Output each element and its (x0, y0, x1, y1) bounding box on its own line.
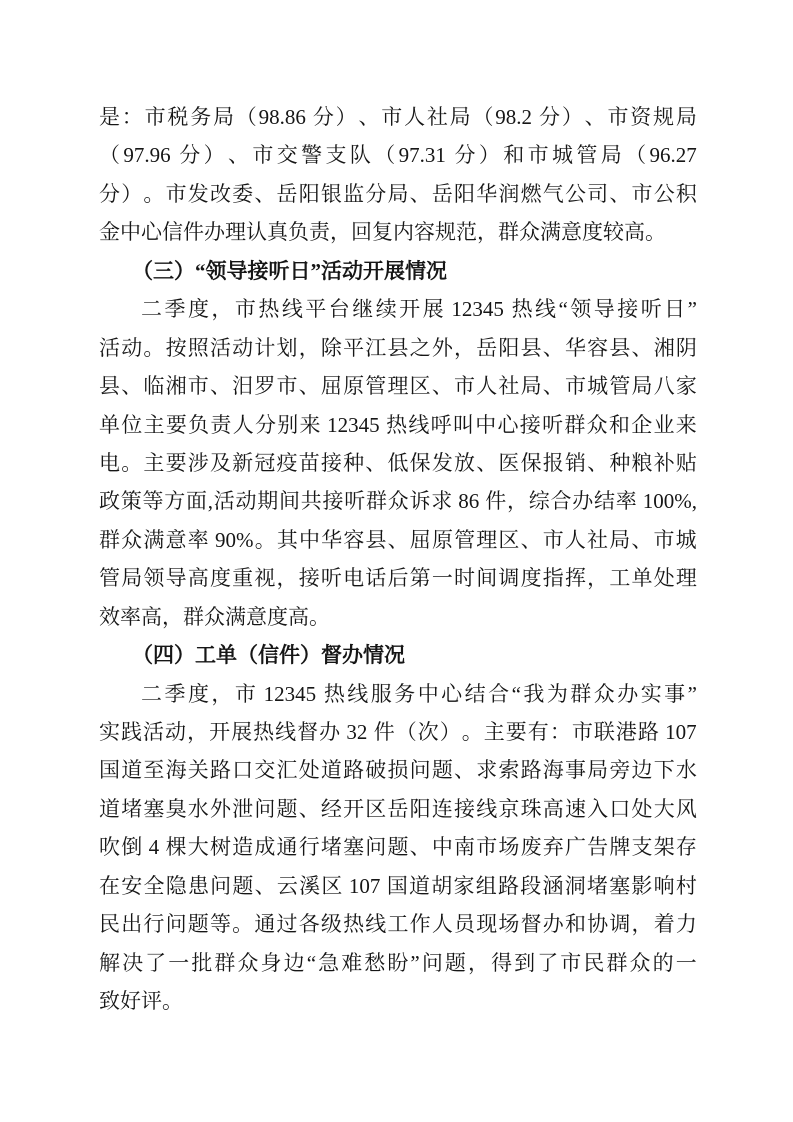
text-token: 责 (210, 406, 231, 444)
text-token: 棵 (166, 828, 187, 866)
text-token: 情 (405, 252, 426, 290)
text-token: 市 (607, 98, 628, 136)
text-token: 、 (299, 367, 320, 405)
text-token: 日 (290, 252, 311, 290)
text-token: 存 (676, 828, 697, 866)
text-token: 况 (426, 252, 447, 290)
text-token: 协 (587, 905, 608, 943)
text-token: 现 (476, 905, 497, 943)
text-token: 度 (521, 559, 542, 597)
text-token: 民 (583, 944, 604, 982)
text-token: 。 (121, 444, 142, 482)
text-token: 开 (209, 713, 230, 751)
text-token: 出 (121, 905, 142, 943)
text-token: 港 (616, 713, 637, 751)
text-token: 要 (506, 713, 527, 751)
text-token: 其 (277, 521, 298, 559)
text-token: 件 (183, 213, 204, 251)
text-token: 实 (641, 675, 662, 713)
text-token: 级 (321, 905, 342, 943)
text-token: 划 (277, 329, 298, 367)
text-token: 市 (166, 175, 187, 213)
text-token: 线 (282, 290, 303, 328)
text-token: 动 (121, 329, 142, 367)
text-token: 分 (179, 136, 200, 174)
text-token: （ (132, 636, 153, 674)
text-token: 树 (210, 828, 231, 866)
text-token: 积 (676, 175, 697, 213)
text-token: 策 (121, 482, 142, 520)
text-token: 公 (565, 175, 586, 213)
text-token: 要 (166, 406, 187, 444)
text-token: ， (162, 598, 183, 636)
text-token: 。 (462, 713, 483, 751)
text-token: 动 (236, 482, 257, 520)
text-token: 众 (388, 482, 409, 520)
text-token: 堵 (587, 867, 608, 905)
text-line: 分）。市发改委、岳阳银监分局、岳阳华润燃气公司、市公积 (99, 175, 697, 213)
text-token: 热 (253, 713, 274, 751)
text-token: 作 (410, 905, 431, 943)
text-line: 吹倒 4 棵大树造成通行堵塞问题、中南市场废弃广告牌支架存 (99, 828, 697, 866)
text-token: 影 (631, 867, 652, 905)
text-token: 破 (365, 751, 386, 789)
text-token: 岳 (387, 790, 408, 828)
text-line: 实践活动，开展热线督办 32 件（次）。主要有：市联港路 107 (99, 713, 697, 751)
text-token: 第 (410, 559, 431, 597)
text-token: 、 (543, 329, 564, 367)
text-token: 分 (539, 98, 560, 136)
text-token: ） (204, 136, 225, 174)
text-token: 调 (609, 905, 630, 943)
text-token: 边 (632, 751, 653, 789)
text-token: 湘 (654, 329, 675, 367)
text-token: 市 (235, 290, 256, 328)
text-token: 挥 (565, 559, 586, 597)
text-token: 群 (498, 213, 519, 251)
text-token: 负 (188, 406, 209, 444)
text-token: 共 (301, 482, 322, 520)
text-token: 身 (261, 944, 282, 982)
text-token: 调 (498, 559, 519, 597)
text-token: 中 (299, 521, 320, 559)
text-token: 市 (543, 521, 564, 559)
text-token: 阳 (410, 790, 431, 828)
text-token: 管 (365, 367, 386, 405)
text-token: 道 (409, 867, 430, 905)
text-token: 、 (631, 521, 652, 559)
text-token: 边 (284, 944, 305, 982)
text-token: 低 (387, 444, 408, 482)
text-token: 题 (277, 790, 298, 828)
text-token: 题 (445, 944, 466, 982)
text-token: 领 (143, 559, 164, 597)
text-token: 区 (321, 867, 342, 905)
text-token: 着 (654, 905, 675, 943)
text-token: 问 (410, 751, 431, 789)
text-token: 件 (279, 636, 300, 674)
text-token: 、 (632, 329, 653, 367)
text-line: 金中心信件办理认真负责，回复内容规范，群众满意度较高。 (99, 213, 697, 251)
text-token: （ (99, 136, 120, 174)
text-token: 开 (363, 252, 384, 290)
text-token: 国 (387, 867, 408, 905)
text-token: 城 (552, 136, 573, 174)
text-token: 听 (269, 252, 290, 290)
text-token: 到 (514, 944, 535, 982)
text-token: 臭 (166, 790, 187, 828)
text-token: 活 (99, 329, 120, 367)
text-token: 照 (188, 329, 209, 367)
text-token: 社 (498, 367, 519, 405)
text-line: 管局领导高度重视，接听电话后第一时间调度指挥，工单处理 (99, 559, 697, 597)
text-token: 、 (410, 828, 431, 866)
text-token: 日 (664, 290, 685, 328)
text-line: 电。主要涉及新冠疫苗接种、低保发放、医保报销、种粮补贴 (99, 444, 697, 482)
section-heading: （四）工单（信件）督办情况 (99, 636, 697, 674)
text-token: ） (300, 636, 321, 674)
text-token: 路 (343, 751, 364, 789)
text-token: 隐 (166, 867, 187, 905)
text-token: 管 (99, 559, 120, 597)
text-token: 珠 (521, 790, 542, 828)
text-token: 塞 (343, 828, 364, 866)
text-token: 民 (99, 905, 120, 943)
text-token: 冠 (254, 444, 275, 482)
text-token: 督 (321, 636, 342, 674)
text-token: 市 (235, 675, 256, 713)
text-token: 台 (329, 290, 350, 328)
text-token: 愁 (364, 944, 385, 982)
text-token: 等 (143, 482, 164, 520)
heading-line: （四）工单（信件）督办情况 (99, 636, 697, 674)
text-token: 活 (214, 482, 235, 520)
text-token: 下 (654, 751, 675, 789)
text-token: 粮 (632, 444, 653, 482)
text-token: 警 (301, 136, 322, 174)
text-token: 人 (476, 367, 497, 405)
text-token: 润 (498, 175, 519, 213)
text-token: 、 (521, 521, 542, 559)
text-token: 解 (99, 944, 120, 982)
text-token: 城 (676, 521, 697, 559)
text-token: 计 (254, 329, 275, 367)
text-token: 按 (166, 329, 187, 367)
text-token: 求 (476, 751, 497, 789)
text-line: 民出行问题等。通过各级热线工作人员现场督办和协调，着力 (99, 905, 697, 943)
text-token: 主 (484, 713, 505, 751)
text-token: 业 (653, 406, 674, 444)
text-token: 和 (609, 406, 630, 444)
text-token: 县 (521, 329, 542, 367)
text-token: 胡 (431, 867, 452, 905)
text-token: 局 (521, 367, 542, 405)
text-token: 力 (676, 905, 697, 943)
text-line: 单位主要负责人分别来 12345 热线呼叫中心接听群众和企业来 (99, 406, 697, 444)
text-token: 群 (564, 406, 585, 444)
text-token: 洞 (565, 867, 586, 905)
text-line: 活动。按照活动计划，除平江县之外，岳阳县、华容县、湘阴 (99, 329, 697, 367)
text-token: 成 (254, 828, 275, 866)
text-token: 难 (341, 944, 362, 982)
text-token: 吹 (99, 828, 120, 866)
text-token: 容 (343, 521, 364, 559)
text-token: 损 (387, 751, 408, 789)
document-page: 是：市税务局（98.86 分）、市人社局（98.2 分）、市资规局（97.96 … (0, 0, 793, 1122)
text-token: 之 (410, 329, 431, 367)
text-token: “ (307, 944, 316, 982)
text-token: 接 (299, 559, 320, 597)
text-token: 接 (520, 406, 541, 444)
text-token: （ (374, 136, 395, 174)
text-token: 接 (454, 790, 475, 828)
text-token: 人 (233, 406, 254, 444)
text-token: 问 (422, 944, 443, 982)
text-line: 群众满意率 90%。其中华容县、屈原管理区、市人社局、市城 (99, 521, 697, 559)
text-token: 溪 (299, 867, 320, 905)
text-token: 中 (120, 213, 141, 251)
text-token: ， (277, 559, 298, 597)
text-token: 路 (210, 751, 231, 789)
text-token: 和 (565, 905, 586, 943)
text-token: 活 (143, 713, 164, 751)
text-token: 高 (288, 598, 309, 636)
text-token: 市 (277, 367, 298, 405)
text-token: 平 (343, 329, 364, 367)
text-token: 效 (99, 598, 120, 636)
text-token: 众 (121, 521, 142, 559)
text-token: 众 (594, 675, 615, 713)
text-line: 二季度，市热线平台继续开展 12345 热线“领导接听日” (99, 290, 697, 328)
text-token: 、 (358, 98, 379, 136)
text-token: 二 (141, 290, 162, 328)
text-token: ） (440, 713, 461, 751)
text-token: 造 (232, 828, 253, 866)
text-token: 是 (99, 98, 120, 136)
text-token: 税 (167, 98, 188, 136)
text-token: 三 (153, 252, 174, 290)
text-token: 道 (321, 751, 342, 789)
text-token: 响 (654, 867, 675, 905)
text-token: 线 (535, 290, 556, 328)
text-token: 主 (143, 444, 164, 482)
text-token: 理 (387, 367, 408, 405)
text-token: 处 (654, 559, 675, 597)
text-token: 服 (371, 675, 392, 713)
text-token: 道 (121, 751, 142, 789)
text-token: ， (468, 944, 489, 982)
text-token: 领 (570, 290, 591, 328)
text-token: 好 (120, 982, 141, 1020)
text-token: 热 (386, 406, 407, 444)
text-token: 员 (454, 905, 475, 943)
text-token: 发 (188, 175, 209, 213)
text-token: 过 (277, 905, 298, 943)
text-token: 华 (476, 175, 497, 213)
text-token: 综 (529, 482, 550, 520)
text-token: 众 (630, 944, 651, 982)
text-token: 主 (144, 406, 165, 444)
text-line: 政策等方面,活动期间共接听群众诉求 86 件，综合办结率 100%, (99, 482, 697, 520)
text-token: 听 (321, 559, 342, 597)
text-token: ， (587, 559, 608, 597)
text-token: 广 (565, 828, 586, 866)
text-token: 速 (565, 790, 586, 828)
text-token: 听 (641, 290, 662, 328)
text-token: ” (410, 944, 419, 982)
text-token: 群 (183, 598, 204, 636)
text-token: 塞 (143, 790, 164, 828)
text-token: 办 (617, 675, 638, 713)
text-token: 、 (454, 751, 475, 789)
text-token: 八 (654, 367, 675, 405)
text-line: （97.96 分）、市交警支队（97.31 分）和市城管局（96.27 (99, 136, 697, 174)
text-token: 问 (254, 790, 275, 828)
text-token: 4 (143, 828, 164, 866)
text-token: 众 (237, 944, 258, 982)
text-token: 众 (204, 598, 225, 636)
text-token: 96.27 (650, 136, 697, 174)
text-token: 支 (326, 136, 347, 174)
text-token: 107 (660, 713, 697, 751)
text-token: 高 (543, 790, 564, 828)
text-line: 在安全隐患问题、云溪区 107 国道胡家组路段涵洞堵塞影响村 (99, 867, 697, 905)
text-token: 心 (441, 675, 462, 713)
text-line: 效率高，群众满意度高。 (99, 598, 697, 636)
text-token: 线 (476, 790, 497, 828)
text-token: 岳 (277, 175, 298, 213)
text-token: 办 (204, 213, 225, 251)
text-token: 交 (277, 136, 298, 174)
text-token: 导 (166, 559, 187, 597)
text-token: 。 (143, 175, 164, 213)
text-token: 导 (227, 252, 248, 290)
text-token: 心 (141, 213, 162, 251)
text-token: 堵 (121, 790, 142, 828)
text-token: 众 (587, 406, 608, 444)
text-token: 指 (543, 559, 564, 597)
text-token: 评 (141, 982, 162, 1020)
text-token: （ (132, 252, 153, 290)
text-token: 满 (540, 213, 561, 251)
text-token: 来 (676, 406, 697, 444)
text-token: 道 (99, 790, 120, 828)
text-token: （ (237, 636, 258, 674)
text-token: 疫 (277, 444, 298, 482)
text-token: 导 (594, 290, 615, 328)
text-token: 市 (528, 136, 549, 174)
text-token: ” (688, 290, 697, 328)
text-token: 华 (321, 521, 342, 559)
text-token: 海 (166, 751, 187, 789)
text-token: 分 (255, 406, 276, 444)
text-token: 次 (418, 713, 439, 751)
text-token: 要 (166, 444, 187, 482)
text-line: 道堵塞臭水外泄问题、经开区岳阳连接线京珠高速入口处大风 (99, 790, 697, 828)
text-token: 问 (210, 867, 231, 905)
text-token: 和 (503, 136, 524, 174)
text-token: 结 (465, 675, 486, 713)
text-token: 、 (585, 98, 606, 136)
text-token: 题 (387, 828, 408, 866)
text-token: 单 (99, 406, 120, 444)
text-line: 是：市税务局（98.86 分）、市人社局（98.2 分）、市资规局 (99, 98, 697, 136)
text-token: 泄 (232, 790, 253, 828)
text-token: 线 (408, 406, 429, 444)
text-token: ， (454, 329, 475, 367)
text-token: 保 (410, 444, 431, 482)
text-token: 急 (318, 944, 339, 982)
text-token: 场 (498, 828, 519, 866)
text-token: 路 (498, 867, 519, 905)
text-token: 信 (258, 636, 279, 674)
text-token: 、 (476, 444, 497, 482)
text-token: 高 (188, 559, 209, 597)
text-token: 复 (372, 213, 393, 251)
text-token: 队 (350, 136, 371, 174)
text-token: 热 (343, 905, 364, 943)
text-token: 通 (277, 828, 298, 866)
text-token: 关 (188, 751, 209, 789)
text-token: 屈 (321, 367, 342, 405)
text-token: 12345 (446, 290, 509, 328)
text-token: 经 (321, 790, 342, 828)
text-token: ） (562, 98, 583, 136)
text-token: 放 (454, 444, 475, 482)
text-token: 工 (195, 636, 216, 674)
text-token: 认 (246, 213, 267, 251)
text-token: 。 (162, 982, 183, 1020)
text-token: 入 (587, 790, 608, 828)
text-token: 处 (632, 790, 653, 828)
text-token: 、 (255, 867, 276, 905)
text-token: 堵 (321, 828, 342, 866)
text-token: 国 (99, 751, 120, 789)
text-line: 致好评。 (99, 982, 697, 1020)
text-token: 90% (210, 521, 254, 559)
text-token: 南 (454, 828, 475, 866)
text-token: 规 (653, 98, 674, 136)
text-token: 、 (228, 136, 249, 174)
text-token: 区 (498, 521, 519, 559)
text-token: 人 (565, 521, 586, 559)
text-token: 弃 (543, 828, 564, 866)
text-token: 平 (305, 290, 326, 328)
text-token: 交 (254, 751, 275, 789)
text-token: ） (121, 175, 142, 213)
text-token: 群 (99, 521, 120, 559)
text-token: 通 (254, 905, 275, 943)
text-token: 阳 (498, 329, 519, 367)
text-token: 家 (454, 867, 475, 905)
text-token: 动 (232, 329, 253, 367)
text-token: 除 (321, 329, 342, 367)
text-token: , (208, 482, 213, 520)
text-token: 县 (99, 367, 120, 405)
text-token: 范 (456, 213, 477, 251)
text-token: ， (299, 329, 320, 367)
text-token: ， (330, 213, 351, 251)
text-token: 时 (454, 559, 475, 597)
text-token: 企 (631, 406, 652, 444)
text-token: 连 (432, 790, 453, 828)
text-token: 路 (521, 751, 542, 789)
text-token: 外 (432, 329, 453, 367)
text-token: 分 (99, 175, 120, 213)
text-token: 、 (388, 521, 409, 559)
text-token: 局 (609, 521, 630, 559)
text-token: 岳 (432, 175, 453, 213)
